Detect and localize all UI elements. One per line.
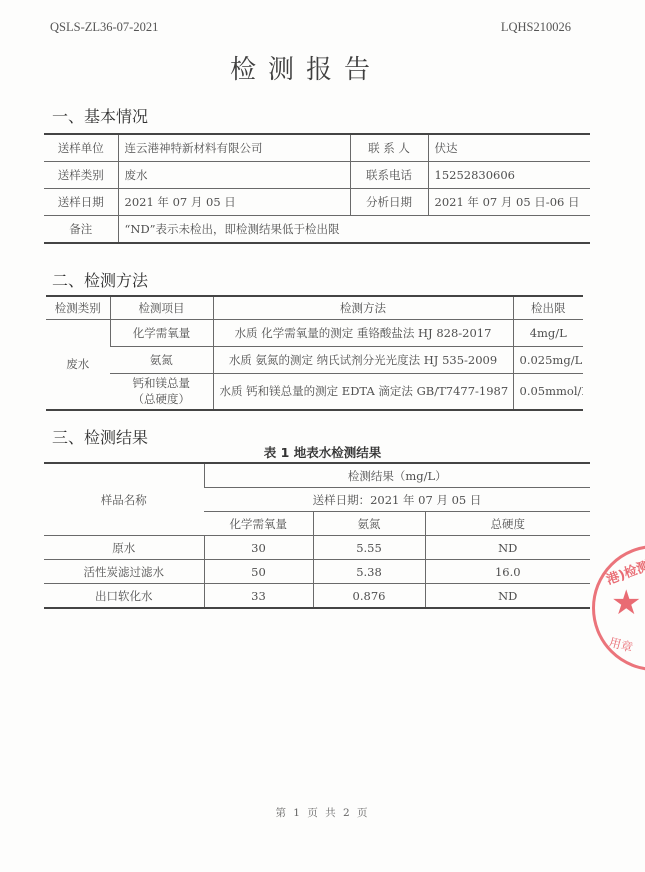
- page-number: 第 1 页 共 2 页: [0, 805, 645, 820]
- report-title: 检测报告: [0, 49, 612, 86]
- field-value: 伏达: [428, 134, 590, 162]
- table-row: 备注 “ND”表示未检出，即检测结果低于检出限: [44, 216, 590, 244]
- cod-value: 50: [204, 560, 313, 584]
- section-heading-basic-info: 一、基本情况: [52, 104, 148, 127]
- column-header: 检测项目: [110, 296, 213, 319]
- field-label: 分析日期: [350, 189, 428, 216]
- table-row: 氨氮 水质 氨氮的测定 纳氏试剂分光光度法 HJ 535-2009 0.025m…: [46, 346, 583, 373]
- column-header: 检出限: [513, 296, 583, 319]
- column-header: 总硬度: [425, 512, 590, 536]
- hardness-value: 16.0: [425, 560, 590, 584]
- hardness-value: ND: [425, 584, 590, 609]
- test-item: 化学需氧量: [110, 319, 213, 346]
- sample-name: 活性炭滤过滤水: [44, 560, 204, 584]
- methods-table: 检测类别 检测项目 检测方法 检出限 废水 化学需氧量 水质 化学需氧量的测定 …: [46, 295, 583, 411]
- test-method: 水质 氨氮的测定 纳氏试剂分光光度法 HJ 535-2009: [213, 346, 513, 373]
- cod-value: 30: [204, 536, 313, 560]
- test-item-line2: （总硬度）: [116, 391, 207, 407]
- field-label: 送样日期: [44, 189, 118, 216]
- report-number: LQHS210026: [501, 20, 571, 35]
- table-row: 出口软化水 33 0.876 ND: [44, 584, 590, 609]
- field-value: 2021 年 07 月 05 日: [118, 189, 350, 216]
- sampling-date-header: 送样日期：2021 年 07 月 05 日: [204, 488, 590, 512]
- field-value: 连云港神特新材料有限公司: [118, 134, 350, 162]
- table-row: 原水 30 5.55 ND: [44, 536, 590, 560]
- table-row: 废水 化学需氧量 水质 化学需氧量的测定 重铬酸盐法 HJ 828-2017 4…: [46, 319, 583, 346]
- test-item: 氨氮: [110, 346, 213, 373]
- field-label: 联系电话: [350, 162, 428, 189]
- column-header: 氨氮: [313, 512, 425, 536]
- test-item-line1: 钙和镁总量: [116, 375, 207, 391]
- hardness-value: ND: [425, 536, 590, 560]
- ammonia-value: 5.38: [313, 560, 425, 584]
- sample-name-header: 样品名称: [44, 463, 204, 536]
- remark-label: 备注: [44, 216, 118, 244]
- result-unit-header: 检测结果（mg/L）: [204, 463, 590, 488]
- table-caption: 表 1 地表水检测结果: [0, 443, 645, 461]
- test-method: 水质 钙和镁总量的测定 EDTA 滴定法 GB/T7477-1987: [213, 373, 513, 410]
- sample-category: 废水: [46, 319, 110, 410]
- ammonia-value: 0.876: [313, 584, 425, 609]
- sample-name: 原水: [44, 536, 204, 560]
- table-row: 活性炭滤过滤水 50 5.38 16.0: [44, 560, 590, 584]
- table-row: 钙和镁总量 （总硬度） 水质 钙和镁总量的测定 EDTA 滴定法 GB/T747…: [46, 373, 583, 410]
- cod-value: 33: [204, 584, 313, 609]
- table-row: 送样单位 连云港神特新材料有限公司 联 系 人 伏达: [44, 134, 590, 162]
- field-value: 2021 年 07 月 05 日-06 日: [428, 189, 590, 216]
- ammonia-value: 5.55: [313, 536, 425, 560]
- detection-limit: 0.025mg/L: [513, 346, 583, 373]
- field-label: 联 系 人: [350, 134, 428, 162]
- column-header: 化学需氧量: [204, 512, 313, 536]
- star-icon: ★: [611, 586, 641, 620]
- field-value: 15252830606: [428, 162, 590, 189]
- table-header-row: 样品名称 检测结果（mg/L）: [44, 463, 590, 488]
- detection-limit: 0.05mmol/L: [513, 373, 583, 410]
- results-table: 样品名称 检测结果（mg/L） 送样日期：2021 年 07 月 05 日 化学…: [44, 462, 590, 609]
- stamp-text-bottom: 用章: [607, 633, 635, 656]
- table-header-row: 检测类别 检测项目 检测方法 检出限: [46, 296, 583, 319]
- field-label: 送样单位: [44, 134, 118, 162]
- sample-name: 出口软化水: [44, 584, 204, 609]
- field-label: 送样类别: [44, 162, 118, 189]
- test-item: 钙和镁总量 （总硬度）: [110, 373, 213, 410]
- table-row: 送样日期 2021 年 07 月 05 日 分析日期 2021 年 07 月 0…: [44, 189, 590, 216]
- field-value: 废水: [118, 162, 350, 189]
- remark-value: “ND”表示未检出，即检测结果低于检出限: [118, 216, 590, 244]
- form-code: QSLS-ZL36-07-2021: [50, 20, 158, 35]
- official-seal-stamp: 港)检测 ★ 用章: [592, 545, 645, 671]
- table-row: 送样类别 废水 联系电话 15252830606: [44, 162, 590, 189]
- section-heading-methods: 二、检测方法: [52, 268, 148, 291]
- column-header: 检测方法: [213, 296, 513, 319]
- column-header: 检测类别: [46, 296, 110, 319]
- basic-info-table: 送样单位 连云港神特新材料有限公司 联 系 人 伏达 送样类别 废水 联系电话 …: [44, 133, 590, 244]
- test-method: 水质 化学需氧量的测定 重铬酸盐法 HJ 828-2017: [213, 319, 513, 346]
- detection-limit: 4mg/L: [513, 319, 583, 346]
